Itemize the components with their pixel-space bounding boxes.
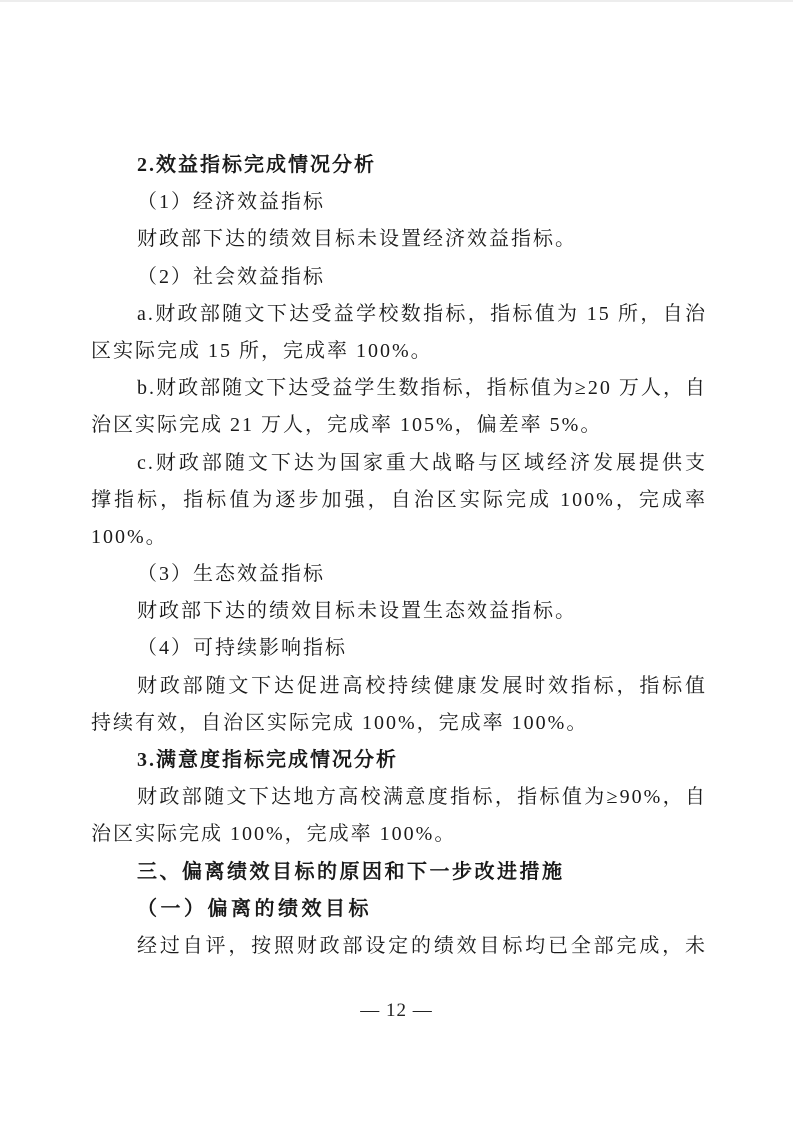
para-c-national-strategy-line2: 撑指标，指标值为逐步加强，自治区实际完成 100%，完成率 <box>91 482 707 519</box>
para-b-student-count-line1: b.财政部随文下达受益学生数指标，指标值为≥20 万人，自 <box>91 370 707 407</box>
para-sustainable-impact-line1: 财政部随文下达促进高校持续健康发展时效指标，指标值为 <box>91 668 707 705</box>
item-4-sustainable-impact: （4）可持续影响指标 <box>91 630 707 667</box>
scan-edge-artifact <box>0 0 793 2</box>
document-body: 2.效益指标完成情况分析 （1）经济效益指标 财政部下达的绩效目标未设置经济效益… <box>91 147 707 965</box>
para-satisfaction-line1: 财政部随文下达地方高校满意度指标，指标值为≥90%，自 <box>91 779 707 816</box>
heading-benefit-indicator-analysis: 2.效益指标完成情况分析 <box>91 147 707 184</box>
para-a-school-count-line2: 区实际完成 15 所，完成率 100%。 <box>91 333 707 370</box>
para-satisfaction-line2: 治区实际完成 100%，完成率 100%。 <box>91 816 707 853</box>
para-c-national-strategy-line3: 100%。 <box>91 519 707 556</box>
document-page: 2.效益指标完成情况分析 （1）经济效益指标 财政部下达的绩效目标未设置经济效益… <box>0 0 793 1122</box>
heading-satisfaction-indicator-analysis: 3.满意度指标完成情况分析 <box>91 742 707 779</box>
item-3-ecological-benefit: （3）生态效益指标 <box>91 556 707 593</box>
para-a-school-count-line1: a.财政部随文下达受益学校数指标，指标值为 15 所，自治 <box>91 296 707 333</box>
para-self-evaluation-line1: 经过自评，按照财政部设定的绩效目标均已全部完成，未出 <box>91 928 707 965</box>
para-c-national-strategy-line1: c.财政部随文下达为国家重大战略与区域经济发展提供支 <box>91 445 707 482</box>
para-ecological-benefit: 财政部下达的绩效目标未设置生态效益指标。 <box>91 593 707 630</box>
para-economic-benefit: 财政部下达的绩效目标未设置经济效益指标。 <box>91 221 707 258</box>
item-1-economic-benefit: （1）经济效益指标 <box>91 184 707 221</box>
para-sustainable-impact-line2: 持续有效，自治区实际完成 100%，完成率 100%。 <box>91 705 707 742</box>
heading-section3-deviation-reasons: 三、偏离绩效目标的原因和下一步改进措施 <box>91 854 707 891</box>
item-2-social-benefit: （2）社会效益指标 <box>91 259 707 296</box>
page-number: — 12 — <box>0 1000 793 1022</box>
para-b-student-count-line2: 治区实际完成 21 万人，完成率 105%，偏差率 5%。 <box>91 407 707 444</box>
heading-3-1-deviated-targets: （一）偏离的绩效目标 <box>91 891 707 928</box>
